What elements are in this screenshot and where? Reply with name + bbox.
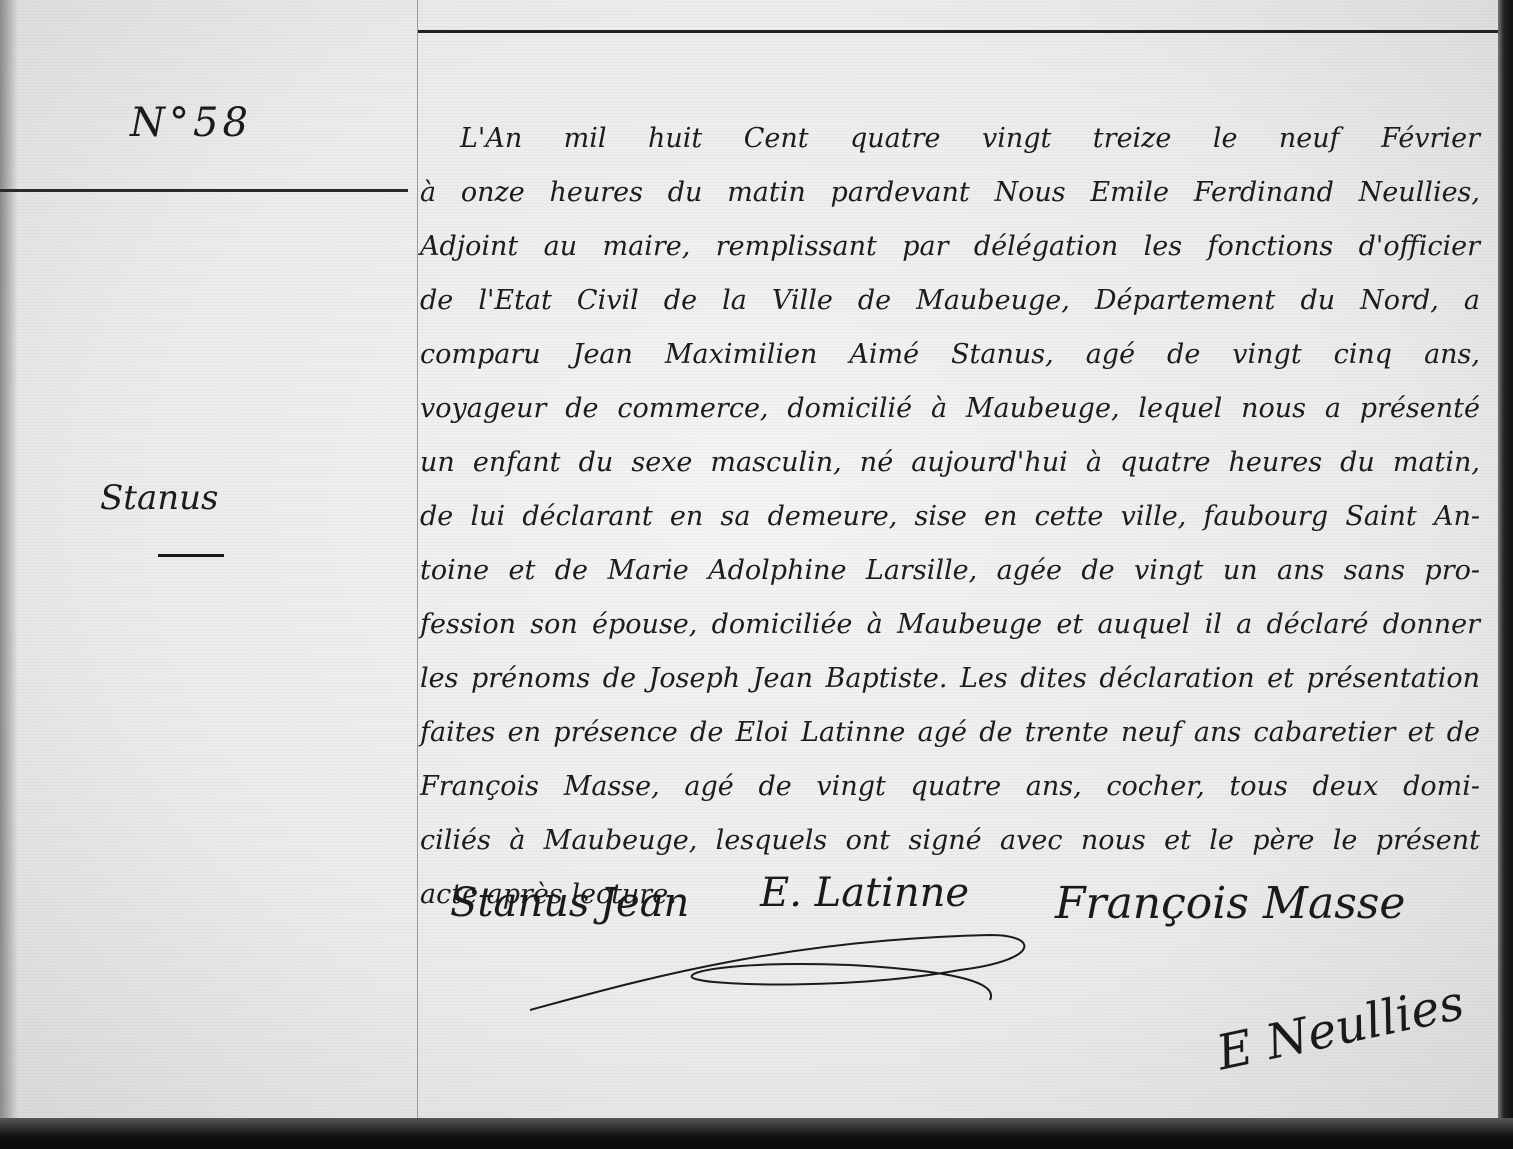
document-page: N°58 Stanus L'An mil huit Cent quatre vi… (0, 0, 1500, 1125)
entry-number: N°58 (130, 100, 252, 146)
body-line: faites en présence de Eloi Latinne agé d… (420, 706, 1480, 760)
body-line: ciliés à Maubeuge, lesquels ont signé av… (420, 814, 1480, 868)
body-line: de l'Etat Civil de la Ville de Maubeuge,… (420, 274, 1480, 328)
signature-witness-masse: François Masse (1055, 878, 1405, 929)
body-line: L'An mil huit Cent quatre vingt treize l… (420, 112, 1480, 166)
body-line: comparu Jean Maximilien Aimé Stanus, agé… (420, 328, 1480, 382)
body-line: toine et de Marie Adolphine Larsille, ag… (420, 544, 1480, 598)
body-line: de lui déclarant en sa demeure, sise en … (420, 490, 1480, 544)
signature-witness-latinne: E. Latinne (760, 870, 969, 916)
signature-officer: E Neullies (1212, 975, 1469, 1082)
surname-underline (158, 554, 224, 557)
signature-father: Stanus (450, 880, 589, 926)
body-line: François Masse, agé de vingt quatre ans,… (420, 760, 1480, 814)
margin-rule (417, 0, 418, 1125)
body-line: à onze heures du matin pardevant Nous Em… (420, 166, 1480, 220)
scan-bottom-edge (0, 1118, 1513, 1149)
body-line: voyageur de commerce, domicilié à Maubeu… (420, 382, 1480, 436)
signature-father-given-name: Jean (600, 880, 689, 926)
body-line: fession son épouse, domiciliée à Maubeug… (420, 598, 1480, 652)
body-line: les prénoms de Joseph Jean Baptiste. Les… (420, 652, 1480, 706)
body-line: un enfant du sexe masculin, né aujourd'h… (420, 436, 1480, 490)
record-body: L'An mil huit Cent quatre vingt treize l… (420, 112, 1480, 922)
page-edge-shadow (0, 0, 18, 1125)
entry-divider-rule (0, 189, 408, 192)
body-line: Adjoint au maire, remplissant par déléga… (420, 220, 1480, 274)
margin-surname: Stanus (100, 478, 218, 518)
top-rule (418, 30, 1498, 33)
scan-right-edge (1498, 0, 1513, 1149)
